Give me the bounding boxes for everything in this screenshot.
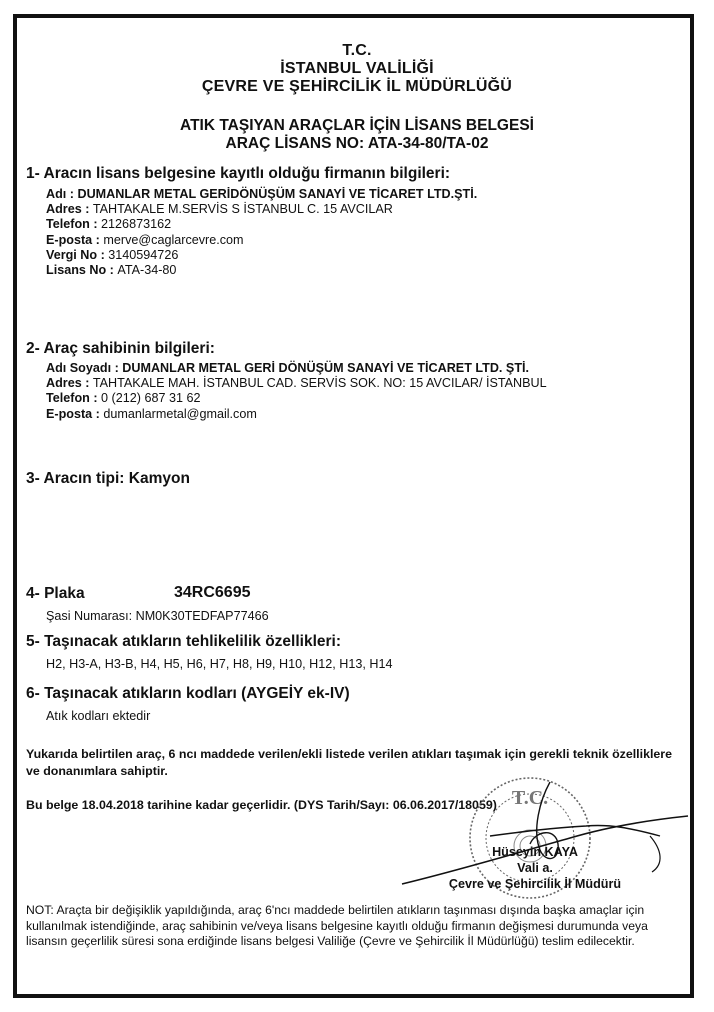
hazard-properties: H2, H3-A, H3-B, H4, H5, H6, H7, H8, H9, … [46, 657, 392, 671]
field-label: Telefon : [46, 391, 101, 405]
signatory-role: Vali a. [430, 861, 640, 875]
field-value: merve@caglarcevre.com [103, 233, 243, 247]
field-row: Vergi No : 3140594726 [46, 248, 178, 262]
chassis-value: NM0K30TEDFAP77466 [136, 609, 269, 623]
plate-number: 34RC6695 [174, 584, 251, 602]
header-tc: T.C. [0, 42, 714, 60]
document-title: ATIK TAŞIYAN ARAÇLAR İÇİN LİSANS BELGESİ [0, 117, 714, 135]
field-label: Lisans No : [46, 263, 117, 277]
field-row: Adres : TAHTAKALE M.SERVİS S İSTANBUL C.… [46, 202, 393, 216]
field-label: Vergi No : [46, 248, 108, 262]
field-row: Lisans No : ATA-34-80 [46, 263, 176, 277]
field-value: ATA-34-80 [117, 263, 176, 277]
field-label: E-posta : [46, 233, 103, 247]
field-row: E-posta : dumanlarmetal@gmail.com [46, 407, 257, 421]
field-row: Adı : DUMANLAR METAL GERİDÖNÜŞÜM SANAYİ … [46, 187, 477, 201]
license-number: ARAÇ LİSANS NO: ATA-34-80/TA-02 [0, 135, 714, 153]
section5-heading: 5- Taşınacak atıkların tehlikelilik özel… [26, 633, 341, 651]
field-label: Adı : [46, 187, 77, 201]
section3-heading: 3- Aracın tipi: Kamyon [26, 470, 190, 488]
signatory-title: Çevre ve Şehircilik İl Müdürü [430, 877, 640, 891]
field-label: E-posta : [46, 407, 103, 421]
field-value: TAHTAKALE M.SERVİS S İSTANBUL C. 15 AVCI… [93, 202, 393, 216]
chassis-label: Şasi Numarası: [46, 609, 136, 623]
field-row: Telefon : 0 (212) 687 31 62 [46, 391, 200, 405]
section1-heading: 1- Aracın lisans belgesine kayıtlı olduğ… [26, 165, 450, 183]
footnote: NOT: Araçta bir değişiklik yapıldığında,… [26, 903, 686, 950]
field-row: Adı Soyadı : DUMANLAR METAL GERİ DÖNÜŞÜM… [46, 361, 529, 375]
chassis-number: Şasi Numarası: NM0K30TEDFAP77466 [46, 609, 269, 623]
field-row: E-posta : merve@caglarcevre.com [46, 233, 244, 247]
field-value: DUMANLAR METAL GERİDÖNÜŞÜM SANAYİ VE TİC… [77, 187, 477, 201]
conformity-statement: Yukarıda belirtilen araç, 6 ncı maddede … [26, 746, 686, 780]
field-value: 2126873162 [101, 217, 171, 231]
field-row: Telefon : 2126873162 [46, 217, 171, 231]
field-value: TAHTAKALE MAH. İSTANBUL CAD. SERVİS SOK.… [93, 376, 547, 390]
signatory-name: Hüseyin KAYA [430, 845, 640, 859]
section4-heading: 4- Plaka [26, 585, 85, 603]
section2-heading: 2- Araç sahibinin bilgileri: [26, 340, 215, 358]
section6-heading: 6- Taşınacak atıkların kodları (AYGEİY e… [26, 685, 350, 703]
field-label: Adres : [46, 202, 93, 216]
field-row: Adres : TAHTAKALE MAH. İSTANBUL CAD. SER… [46, 376, 547, 390]
field-label: Telefon : [46, 217, 101, 231]
field-value: 3140594726 [108, 248, 178, 262]
field-value: dumanlarmetal@gmail.com [103, 407, 256, 421]
field-value: DUMANLAR METAL GERİ DÖNÜŞÜM SANAYİ VE Tİ… [122, 361, 529, 375]
header-directorate: ÇEVRE VE ŞEHİRCİLİK İL MÜDÜRLÜĞÜ [0, 78, 714, 96]
waste-codes: Atık kodları ektedir [46, 709, 150, 723]
field-label: Adı Soyadı : [46, 361, 122, 375]
field-value: 0 (212) 687 31 62 [101, 391, 200, 405]
field-label: Adres : [46, 376, 93, 390]
header-governorship: İSTANBUL VALİLİĞİ [0, 60, 714, 78]
